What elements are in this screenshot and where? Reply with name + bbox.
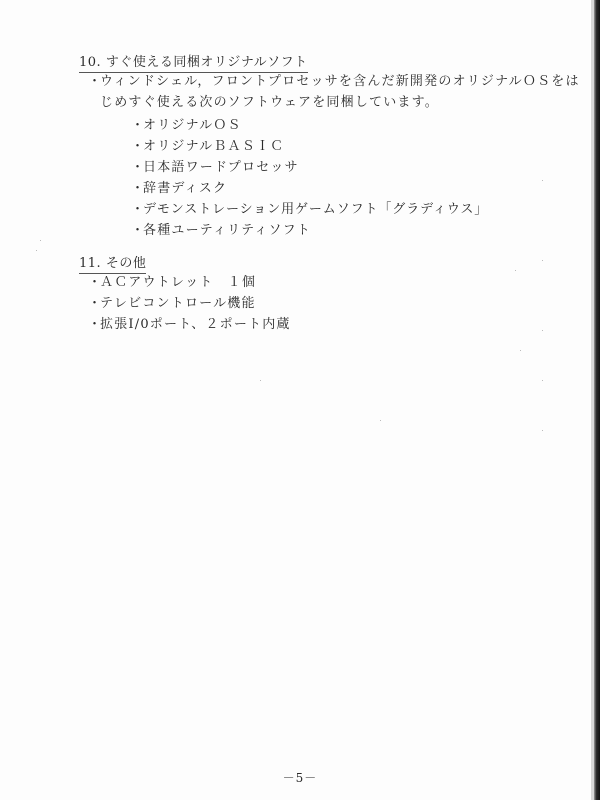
bullet-marker: ・ bbox=[88, 275, 100, 291]
list-item: ・デモンストレーション用ゲームソフト「グラディウス」 bbox=[131, 202, 488, 218]
scan-speck bbox=[542, 260, 543, 261]
list-item-text: 辞書ディスク bbox=[143, 181, 227, 196]
bullet-marker: ・ bbox=[88, 296, 100, 312]
page-number: －5－ bbox=[0, 769, 600, 786]
scan-speck bbox=[542, 180, 543, 181]
list-item: ・オリジナルＢＡＳＩＣ bbox=[131, 139, 284, 155]
section-10-intro-line-2: じめすぐ使える次のソフトウェアを同梱しています。 bbox=[100, 95, 439, 111]
section-11-number: 11. bbox=[79, 256, 101, 271]
scan-speck bbox=[520, 350, 521, 351]
list-item: ・オリジナルＯＳ bbox=[131, 118, 242, 134]
scan-speck bbox=[40, 240, 41, 241]
scan-speck bbox=[515, 270, 516, 271]
scan-border bbox=[594, 0, 600, 800]
bullet-marker: ・ bbox=[131, 202, 143, 218]
list-item-text: オリジナルＢＡＳＩＣ bbox=[143, 139, 284, 154]
bullet-marker: ・ bbox=[131, 223, 143, 239]
section-10-intro-line-1: ・ウィンドシェル，フロントプロセッサを含んだ新開発のオリジナルＯＳをは bbox=[88, 74, 580, 90]
scan-speck bbox=[542, 330, 543, 331]
section-11-heading: 11. その他 bbox=[79, 256, 146, 274]
scan-speck bbox=[260, 380, 261, 381]
list-item-text: 拡張I/0ポート、２ポート内蔵 bbox=[100, 317, 291, 332]
bullet-marker: ・ bbox=[131, 181, 143, 197]
intro-text-2: じめすぐ使える次のソフトウェアを同梱しています。 bbox=[100, 95, 439, 110]
bullet-marker: ・ bbox=[88, 317, 100, 333]
intro-text-1: ウィンドシェル，フロントプロセッサを含んだ新開発のオリジナルＯＳをは bbox=[100, 74, 580, 89]
scan-speck bbox=[542, 380, 543, 381]
section-10-number: 10. bbox=[79, 55, 101, 70]
section-10-heading: 10. すぐ使える同梱オリジナルソフト bbox=[79, 55, 308, 73]
scan-speck bbox=[542, 430, 543, 431]
list-item: ・拡張I/0ポート、２ポート内蔵 bbox=[88, 317, 291, 333]
list-item: ・日本語ワードプロセッサ bbox=[131, 160, 299, 176]
list-item: ・テレビコントロール機能 bbox=[88, 296, 256, 312]
list-item-text: テレビコントロール機能 bbox=[100, 296, 256, 311]
list-item: ・ＡＣアウトレット １個 bbox=[88, 275, 256, 291]
scan-speck bbox=[380, 420, 381, 421]
list-item-text: ＡＣアウトレット １個 bbox=[100, 275, 256, 290]
bullet-marker: ・ bbox=[131, 118, 143, 134]
list-item-text: デモンストレーション用ゲームソフト「グラディウス」 bbox=[143, 202, 488, 217]
section-11-title: その他 bbox=[106, 256, 147, 271]
list-item-text: オリジナルＯＳ bbox=[143, 118, 242, 133]
bullet-marker: ・ bbox=[131, 160, 143, 176]
list-item: ・辞書ディスク bbox=[131, 181, 227, 197]
list-item-text: 各種ユーティリティソフト bbox=[143, 223, 311, 238]
list-item-text: 日本語ワードプロセッサ bbox=[143, 160, 299, 175]
list-item: ・各種ユーティリティソフト bbox=[131, 223, 311, 239]
section-10-title: すぐ使える同梱オリジナルソフト bbox=[106, 55, 308, 70]
scan-speck bbox=[36, 250, 37, 251]
document-page: 10. すぐ使える同梱オリジナルソフト ・ウィンドシェル，フロントプロセッサを含… bbox=[0, 0, 600, 800]
bullet-marker: ・ bbox=[131, 139, 143, 155]
bullet-marker: ・ bbox=[88, 74, 100, 90]
